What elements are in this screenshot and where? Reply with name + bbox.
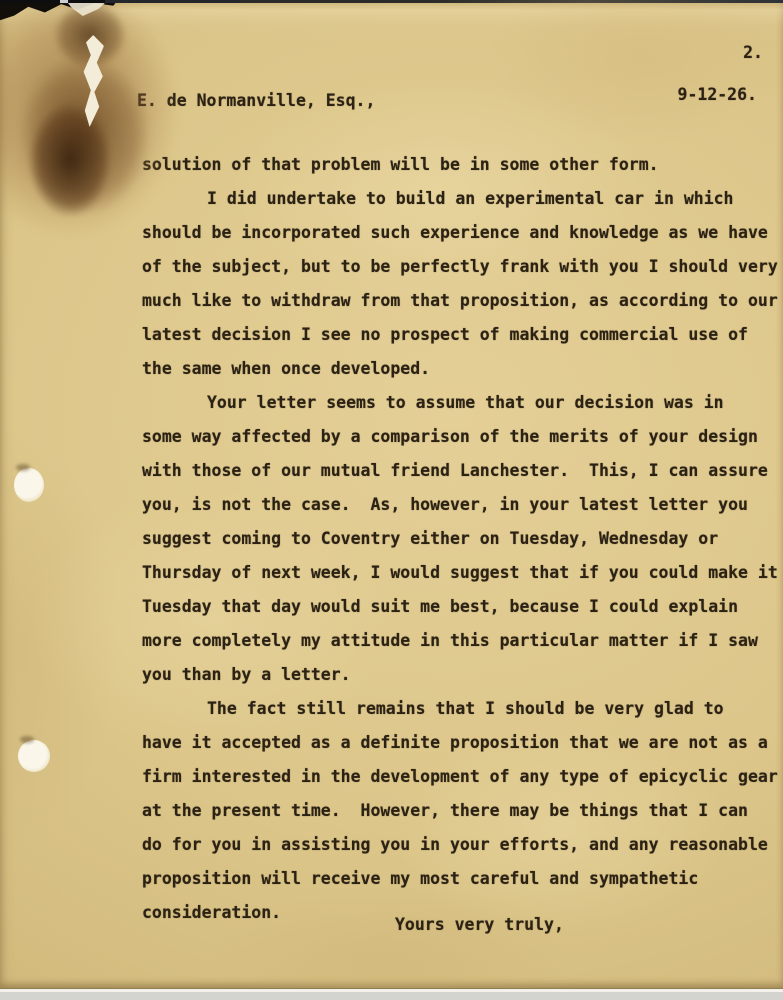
letter-line: do for you in assisting you in your effo… <box>142 828 783 862</box>
letter-line: suggest coming to Coventry either on Tue… <box>142 522 783 556</box>
letter-line: some way affected by a comparison of the… <box>142 420 783 454</box>
letter-line: you, is not the case. As, however, in yo… <box>142 488 783 522</box>
letter-line: solution of that problem will be in some… <box>142 148 783 182</box>
letter-line: at the present time. However, there may … <box>142 794 783 828</box>
closing-line: Yours very truly, <box>395 908 564 942</box>
page-number: 2. <box>743 36 763 70</box>
letter-line: should be incorporated such experience a… <box>142 216 783 250</box>
burn-stain-core <box>10 80 140 240</box>
letter-line: Thursday of next week, I would suggest t… <box>142 556 783 590</box>
letter-line: much like to withdraw from that proposit… <box>142 284 783 318</box>
scan-bottom-edge <box>0 988 783 1000</box>
punch-hole-top <box>14 468 44 502</box>
letter-line: proposition will receive my most careful… <box>142 862 783 896</box>
letter-line: with those of our mutual friend Lanchest… <box>142 454 783 488</box>
letter-line: Tuesday that day would suit me best, bec… <box>142 590 783 624</box>
letter-line: more completely my attitude in this part… <box>142 624 783 658</box>
letter-line: of the subject, but to be perfectly fran… <box>142 250 783 284</box>
letter-line: I did undertake to build an experimental… <box>142 182 783 216</box>
punch-hole-bottom <box>18 740 50 772</box>
letter-line: have it accepted as a definite propositi… <box>142 726 783 760</box>
date: 9-12-26. <box>678 78 757 112</box>
burn-stain-lobe <box>30 0 150 90</box>
addressee: E. de Normanville, Esq., <box>137 84 375 118</box>
letter-line: latest decision I see no prospect of mak… <box>142 318 783 352</box>
letter-body: solution of that problem will be in some… <box>142 148 783 930</box>
paper-tear <box>80 35 104 127</box>
scanned-letter-page: 2. 9-12-26. E. de Normanville, Esq., sol… <box>0 0 783 1000</box>
scan-top-edge <box>0 0 783 3</box>
letter-line: you than by a letter. <box>142 658 783 692</box>
letter-line: Your letter seems to assume that our dec… <box>142 386 783 420</box>
letter-line: The fact still remains that I should be … <box>142 692 783 726</box>
letter-line: the same when once developed. <box>142 352 783 386</box>
letter-line: firm interested in the development of an… <box>142 760 783 794</box>
paper-sheet: 2. 9-12-26. E. de Normanville, Esq., sol… <box>0 0 783 988</box>
